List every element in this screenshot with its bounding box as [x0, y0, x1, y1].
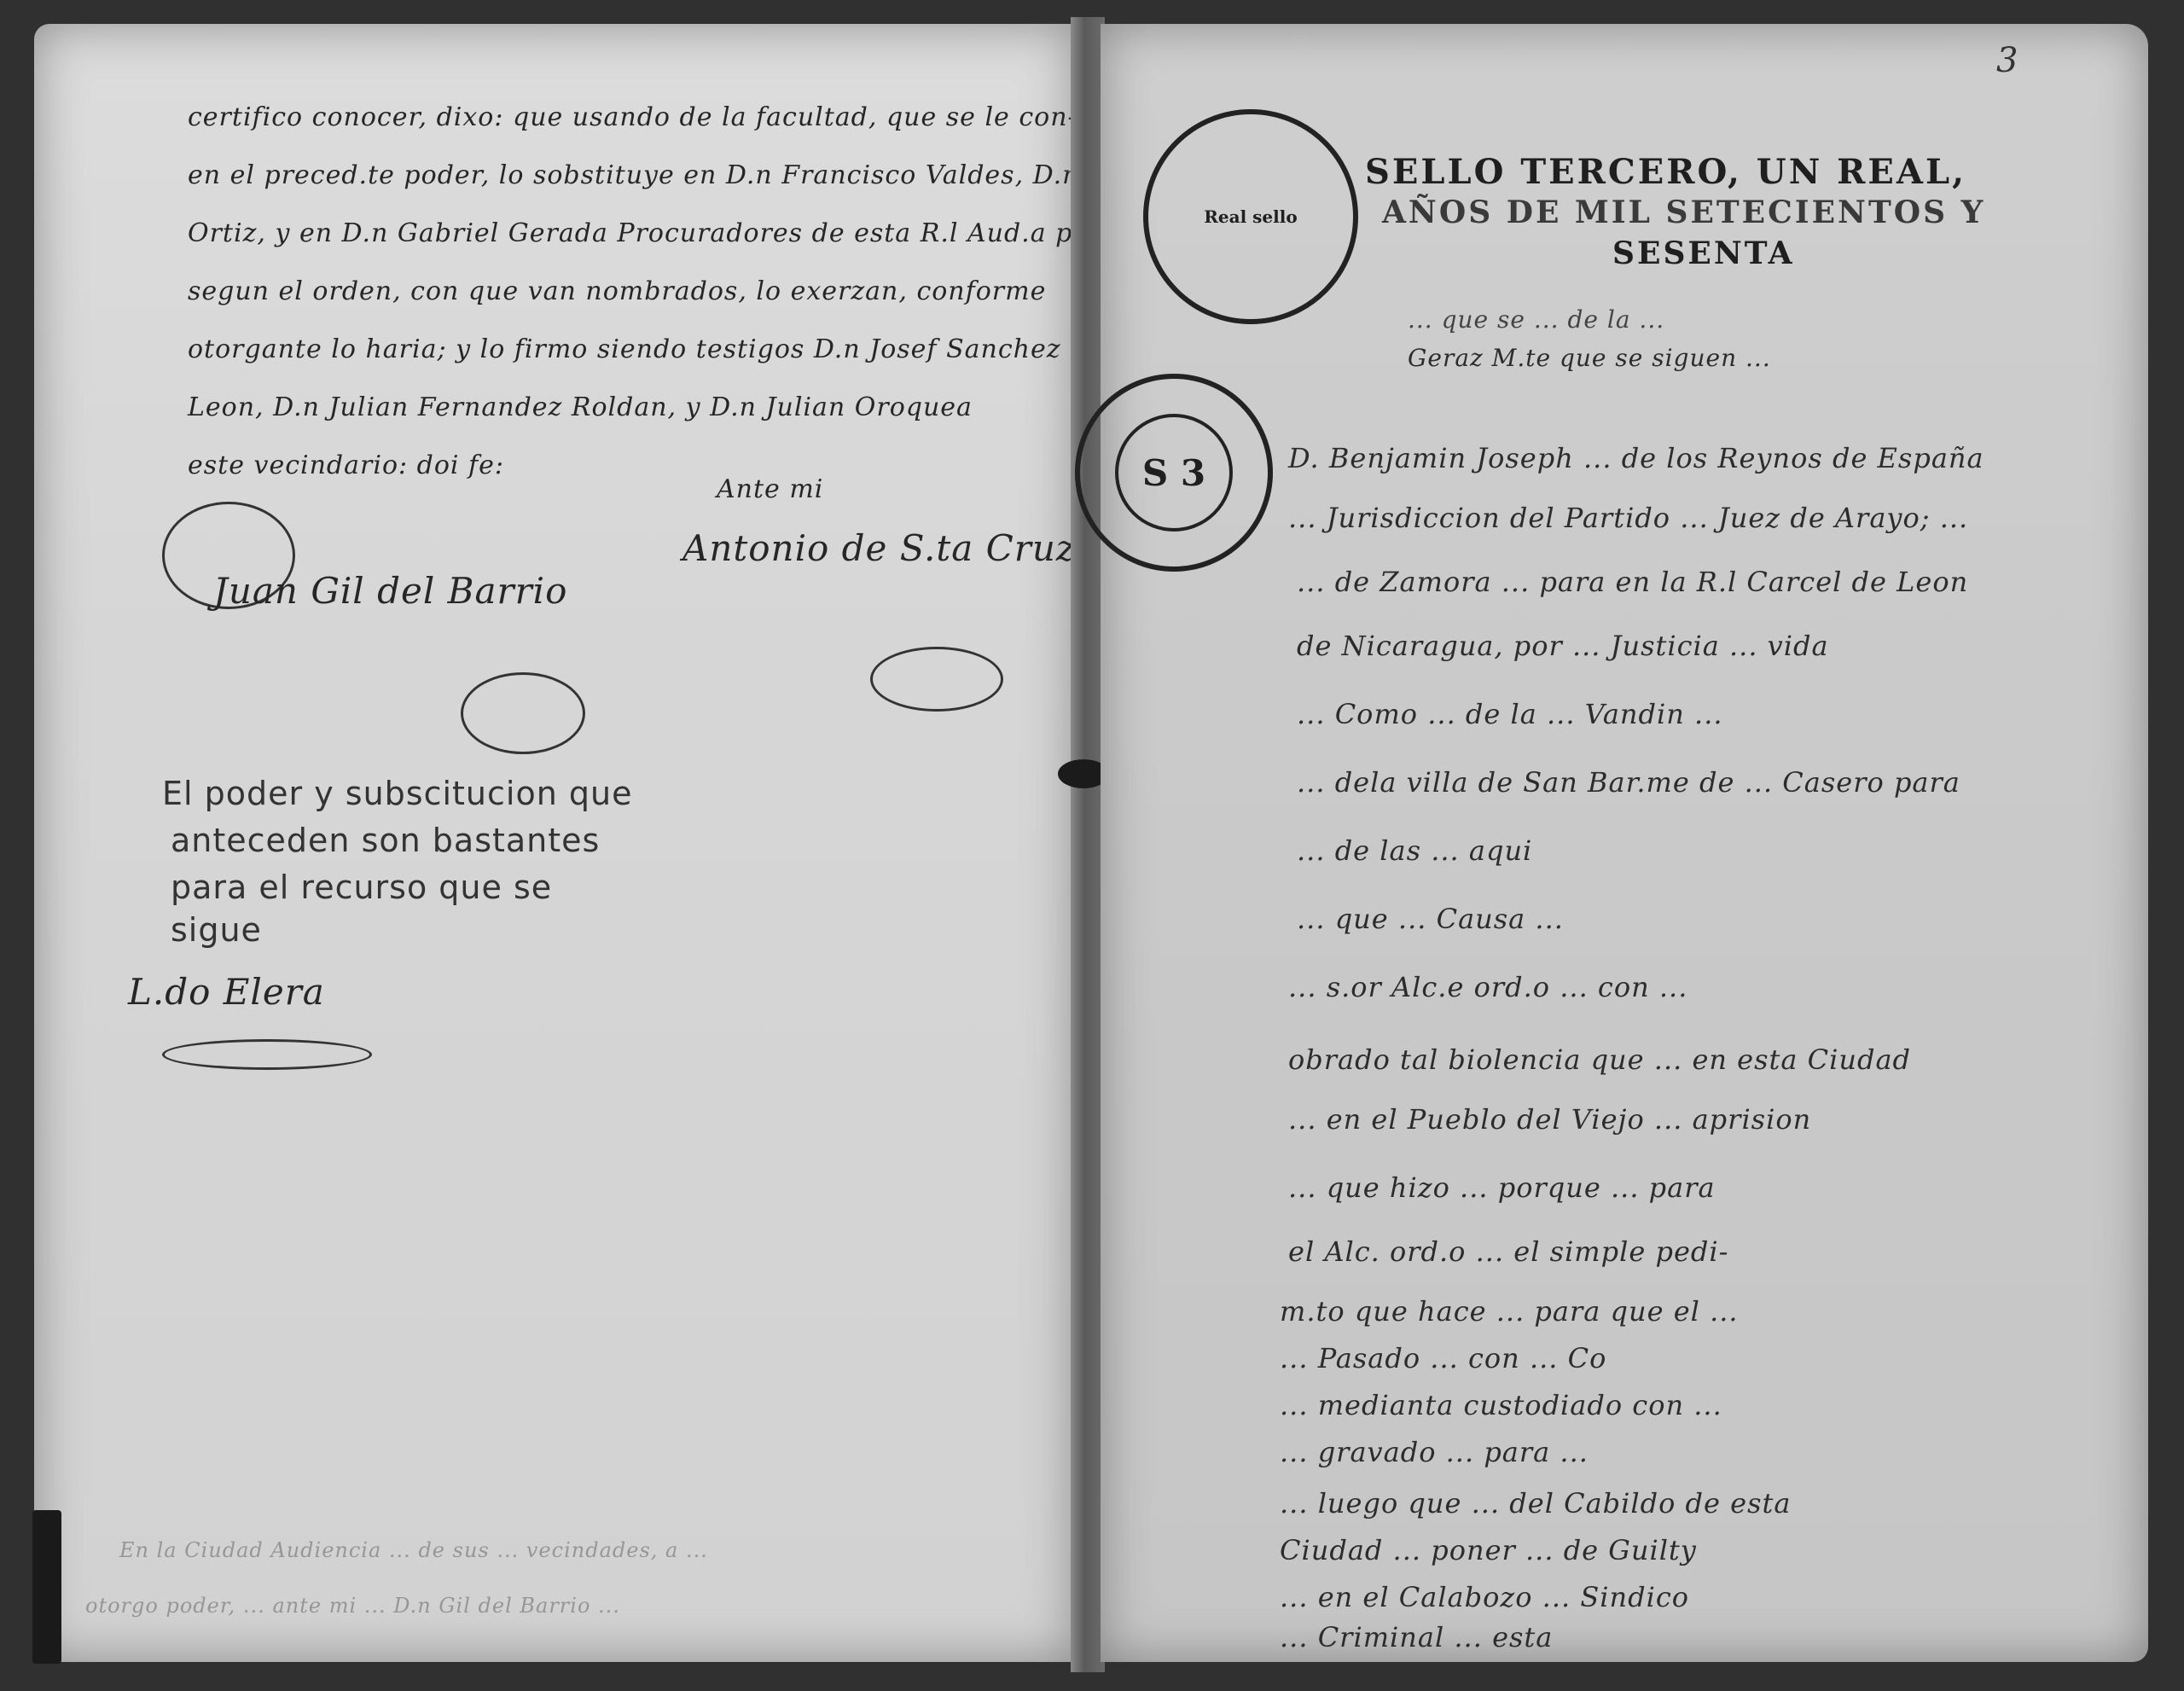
marginal-note-line: para el recurso que se	[171, 869, 552, 906]
body-line: el Alc. ord.o ... el simple pedi-	[1288, 1235, 1728, 1268]
attestation: Ante mi	[717, 474, 823, 504]
bleed-through-line: En la Ciudad Audiencia ... de sus ... ve…	[119, 1538, 708, 1562]
marginal-note-line: anteceden son bastantes	[171, 822, 600, 859]
body-line: Leon, D.n Julian Fernandez Roldan, y D.n…	[188, 392, 973, 422]
seal-label: Real sello	[1204, 206, 1297, 227]
body-line: otorgante lo haria; y lo firmo siendo te…	[188, 334, 1061, 364]
stamp-line-1: SELLO TERCERO, UN REAL,	[1365, 152, 1966, 192]
body-line: certifico conocer, dixo: que usando de l…	[188, 102, 1077, 132]
royal-seal-upper-icon: Real sello	[1143, 109, 1358, 324]
body-line: obrado tal biolencia que ... en esta Ciu…	[1288, 1043, 1911, 1076]
bleed-through-line: otorgo poder, ... ante mi ... D.n Gil de…	[85, 1594, 620, 1618]
right-page: 3 Real sello SELLO TERCERO, UN REAL, AÑO…	[1101, 24, 2148, 1662]
rubric-icon	[461, 672, 585, 754]
body-line: D. Benjamin Joseph ... de los Reynos de …	[1288, 442, 1984, 474]
marginal-signature: L.do Elera	[128, 971, 325, 1013]
film-marker	[32, 1510, 61, 1664]
folio-number: 3	[1996, 41, 2018, 80]
body-line: ... Pasado ... con ... Co	[1280, 1342, 1606, 1374]
body-line: ... luego que ... del Cabildo de esta	[1280, 1487, 1791, 1520]
rubric-icon	[870, 647, 1003, 712]
body-line: en el preced.te poder, lo sobstituye en …	[188, 160, 1080, 190]
book-spine	[1071, 17, 1105, 1672]
header-line: Geraz M.te que se siguen ...	[1408, 344, 1771, 372]
signature-left: Juan Gil del Barrio	[213, 570, 567, 612]
body-line: ... en el Calabozo ... Sindico	[1280, 1581, 1689, 1613]
body-line: ... de las ... aqui	[1297, 834, 1532, 867]
body-line: ... s.or Alc.e ord.o ... con ...	[1288, 971, 1687, 1003]
signature-right: Antonio de S.ta Cruz	[682, 527, 1076, 569]
body-line: ... de Zamora ... para en la R.l Carcel …	[1297, 566, 1968, 598]
rubric-icon	[162, 1039, 372, 1070]
header-line: ... que se ... de la ...	[1408, 305, 1664, 334]
royal-seal-lower-icon: S 3	[1075, 374, 1273, 572]
body-line: ... gravado ... para ...	[1280, 1436, 1589, 1468]
body-line: ... que hizo ... porque ... para	[1288, 1171, 1716, 1204]
body-line: ... Como ... de la ... Vandin ...	[1297, 698, 1723, 730]
body-line: Ortiz, y en D.n Gabriel Gerada Procurado…	[188, 218, 1089, 248]
stamp-line-2: AÑOS DE MIL SETECIENTOS Y	[1382, 195, 1985, 230]
left-page: certifico conocer, dixo: que usando de l…	[34, 24, 1075, 1662]
body-line: ... en el Pueblo del Viejo ... aprision	[1288, 1103, 1811, 1136]
body-line: ... que ... Causa ...	[1297, 903, 1564, 935]
body-line: de Nicaragua, por ... Justicia ... vida	[1297, 630, 1829, 662]
body-line: segun el orden, con que van nombrados, l…	[188, 276, 1046, 306]
microfilm-frame: certifico conocer, dixo: que usando de l…	[0, 0, 2184, 1691]
body-line: m.to que hace ... para que el ...	[1280, 1295, 1739, 1328]
body-line: ... Criminal ... esta	[1280, 1621, 1553, 1653]
marginal-note-line: El poder y subscitucion que	[162, 775, 632, 812]
body-line: ... Jurisdiccion del Partido ... Juez de…	[1288, 502, 1968, 534]
body-line: este vecindario: doi fe:	[188, 450, 504, 480]
seal-center-text: S 3	[1142, 452, 1205, 494]
marginal-note-line: sigue	[171, 911, 262, 949]
body-line: ... dela villa de San Bar.me de ... Case…	[1297, 766, 1960, 799]
body-line: ... medianta custodiado con ...	[1280, 1389, 1722, 1421]
stamp-line-3: SESENTA	[1612, 235, 1795, 271]
body-line: Ciudad ... poner ... de Guilty	[1280, 1534, 1697, 1566]
